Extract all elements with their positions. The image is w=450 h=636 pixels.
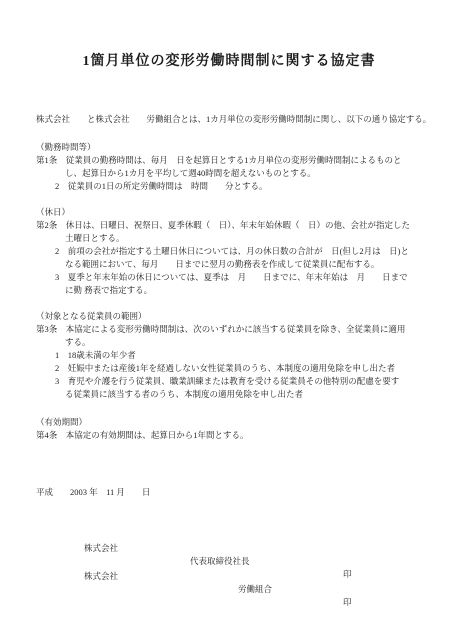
clause-line: なる範囲において、毎月 日までに翌月の勤務表を作成して従業員に配布する。 bbox=[36, 258, 422, 271]
seal-mark: 印 bbox=[343, 596, 352, 609]
spacer bbox=[36, 68, 422, 113]
clause-line: 1 18歳未満の年少者 bbox=[36, 349, 422, 362]
date-line: 平成 2003 年 11 月 日 bbox=[36, 486, 422, 499]
signature-row-union: 株式会社 労働組合 印 bbox=[36, 557, 422, 570]
spacer bbox=[36, 442, 422, 486]
document-title: 1箇月単位の変形労働時間制に関する協定書 bbox=[36, 50, 422, 68]
company-name: 株式会社 bbox=[84, 542, 118, 555]
clause-line: 第3条 本協定による変形労働時間制は、次のいずれかに該当する従業員を除き、全従業… bbox=[36, 323, 422, 336]
clause-line: し、起算日から1カ月を平均して週40時間を超えないものとする。 bbox=[36, 167, 422, 180]
clause-line: 第4条 本協定の有効期間は、起算日から1年間とする。 bbox=[36, 429, 422, 442]
section-heading-taisho: （対象となる従業員の範囲） bbox=[36, 310, 422, 323]
clause-line: 2 前項の会社が指定する土曜日休日については、月の休日数の合計が 日(但し2月は… bbox=[36, 245, 422, 258]
clause-line: する。 bbox=[36, 336, 422, 349]
spacer bbox=[36, 297, 422, 310]
signature-row-company: 株式会社 代表取締役社長 印 bbox=[36, 529, 422, 542]
clause-line: る従業員に該当する者のうち、本制度の適用免除を申し出た者 bbox=[36, 388, 422, 401]
section-heading-yuko: （有効期間） bbox=[36, 416, 422, 429]
clause-line: 2 従業員の1日の所定労働時間は 時間 分とする。 bbox=[36, 180, 422, 193]
spacer bbox=[36, 401, 422, 416]
clause-line: 第2条 休日は、日曜日、祝祭日、夏季休暇（ 日）、年末年始休暇（ 日）の他、会社… bbox=[36, 219, 422, 232]
clause-line: 第1条 従業員の勤務時間は、毎月 日を起算日とする1カ月単位の変形労働時間制によ… bbox=[36, 154, 422, 167]
intro-paragraph: 株式会社 と株式会社 労働組合とは、1カ月単位の変形労働時間制に関し、以下の通り… bbox=[36, 113, 422, 126]
clause-line: に勤 務表で指定する。 bbox=[36, 284, 422, 297]
clause-line: 2 妊娠中または産後1年を経過しない女性従業員のうち、本制度の適用免除を申し出た… bbox=[36, 362, 422, 375]
clause-line: 3 夏季と年末年始の休日については、夏季は 月 日までに、年末年始は 月 日まで bbox=[36, 271, 422, 284]
section-heading-kyujitsu: （休日） bbox=[36, 206, 422, 219]
spacer bbox=[36, 126, 422, 141]
section-heading-kinmujikan: （勤務時間等） bbox=[36, 141, 422, 154]
company-name: 株式会社 bbox=[84, 570, 118, 583]
spacer bbox=[36, 193, 422, 206]
clause-line: 土曜日とする。 bbox=[36, 232, 422, 245]
document-page: 1箇月単位の変形労働時間制に関する協定書 株式会社 と株式会社 労働組合とは、1… bbox=[0, 0, 450, 636]
signer-role-union: 労働組合 bbox=[238, 583, 272, 596]
spacer bbox=[36, 499, 422, 529]
clause-line: 3 育児や介護を行う従業員、職業訓練または教育を受ける従業員その他特別の配慮を要… bbox=[36, 375, 422, 388]
